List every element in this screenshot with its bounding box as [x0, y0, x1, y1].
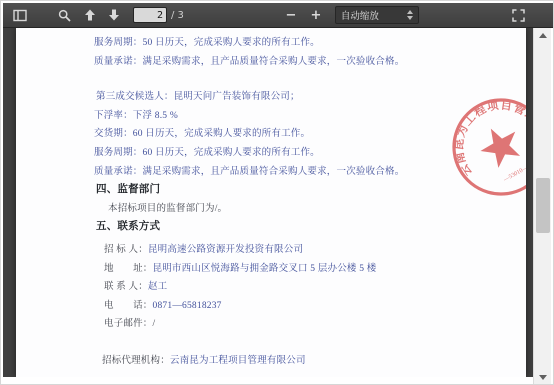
- document-line: 质量承诺：满足采购需求，且产品质量符合采购人要求，一次验收合格。: [16, 53, 526, 72]
- document-line: 招 标 人：昆明高速公路资源开发投资有限公司: [16, 241, 526, 260]
- document-line: 第三成交候选人：昆明天问广告装饰有限公司；: [16, 88, 526, 107]
- select-arrows-icon: [407, 10, 413, 20]
- text-segment: 第三成交候选人：昆明天问广告装饰有限公司；: [96, 92, 300, 102]
- text-segment: 0871—65818237: [153, 301, 222, 311]
- document-line: 服务周期：50 日历天，完成采购人要求的所有工作。: [16, 34, 526, 53]
- document-line: 本招标项目的监督部门为/。: [16, 200, 526, 219]
- pdf-viewer-window: / 3 − + 自动缩放 服务周期：50 日历天，完成采购人要求的所有工作。质量…: [0, 0, 554, 385]
- text-segment: 五、联系方式: [96, 221, 160, 232]
- seal-number: —53010—: [502, 164, 526, 183]
- text-segment: 云南昆为工程项目管理有限公司: [170, 356, 306, 366]
- text-segment: 联 系 人：: [104, 282, 148, 292]
- arrow-up-icon: [84, 9, 96, 21]
- minus-icon: −: [285, 9, 296, 22]
- text-segment: 地 址：: [104, 264, 153, 274]
- zoom-in-button[interactable]: +: [305, 5, 327, 26]
- seal-star: [473, 119, 526, 172]
- text-segment: 下浮率：下浮 8.5 %: [94, 111, 178, 121]
- document-lines: 服务周期：50 日历天，完成采购人要求的所有工作。质量承诺：满足采购需求，且产品…: [16, 28, 526, 371]
- text-segment: 昆明市西山区悦海路与拥金路交叉口 5 层办公楼 5 楼: [153, 264, 377, 274]
- sidebar-toggle-icon: [13, 9, 27, 22]
- pdf-page: 服务周期：50 日历天，完成采购人要求的所有工作。质量承诺：满足采购需求，且产品…: [16, 28, 526, 377]
- text-segment: 交货期：60 日历天，完成采购人要求的所有工作。: [94, 129, 310, 139]
- document-line: 四、监督部门: [16, 181, 526, 200]
- presentation-mode-button[interactable]: [507, 5, 529, 26]
- document-line: 电 话：0871—65818237: [16, 297, 526, 316]
- text-segment: 招标代理机构：: [102, 356, 170, 366]
- document-line: 五、联系方式: [16, 218, 526, 237]
- zoom-level-select[interactable]: 自动缩放: [335, 6, 419, 24]
- text-segment: 电 话：: [104, 301, 153, 311]
- text-segment: 本招标项目的监督部门为/。: [108, 204, 227, 214]
- sidebar-toggle-button[interactable]: [9, 5, 31, 26]
- document-line: 招标代理机构：云南昆为工程项目管理有限公司: [16, 352, 526, 371]
- arrow-down-icon: [108, 9, 120, 21]
- scrollbar-thumb[interactable]: [536, 178, 550, 233]
- text-segment: 质量承诺：满足采购需求，且产品质量符合采购人要求，一次验收合格。: [94, 57, 404, 67]
- search-icon: [58, 9, 71, 22]
- text-segment: /: [153, 319, 156, 329]
- scroll-up-icon: [539, 33, 547, 38]
- text-segment: 服务周期：50 日历天，完成采购人要求的所有工作。: [94, 38, 320, 48]
- text-segment: 昆明高速公路资源开发投资有限公司: [148, 245, 303, 255]
- previous-page-button[interactable]: [79, 5, 101, 26]
- page-total-label: / 3: [171, 10, 184, 21]
- scroll-down-icon: [539, 375, 547, 380]
- expand-arrows-icon: [512, 9, 525, 22]
- document-line: 电子邮件：/: [16, 315, 526, 334]
- text-segment: 质量承诺：满足采购需求，且产品质量符合采购人要求，一次验收合格。: [94, 167, 404, 177]
- zoom-level-value: 自动缩放: [341, 8, 379, 22]
- plus-icon: +: [310, 9, 321, 22]
- zoom-out-button[interactable]: −: [280, 5, 302, 26]
- text-segment: 招 标 人：: [104, 245, 148, 255]
- text-segment: 四、监督部门: [96, 184, 160, 195]
- scroll-up-button[interactable]: [534, 28, 552, 42]
- text-segment: 服务周期：60 日历天，完成采购人要求的所有工作。: [94, 148, 320, 158]
- search-button[interactable]: [53, 5, 75, 26]
- next-page-button[interactable]: [103, 5, 125, 26]
- text-segment: 赵工: [148, 282, 167, 292]
- document-line: 联 系 人：赵工: [16, 278, 526, 297]
- text-segment: 电子邮件：: [104, 319, 153, 329]
- document-line: 地 址：昆明市西山区悦海路与拥金路交叉口 5 层办公楼 5 楼: [16, 260, 526, 279]
- vertical-scrollbar[interactable]: [533, 28, 551, 384]
- toolbar: / 3 − + 自动缩放: [3, 3, 553, 28]
- viewer-area: 服务周期：50 日历天，完成采购人要求的所有工作。质量承诺：满足采购需求，且产品…: [3, 28, 535, 377]
- page-number-input[interactable]: [133, 7, 167, 23]
- scroll-down-button[interactable]: [534, 370, 552, 384]
